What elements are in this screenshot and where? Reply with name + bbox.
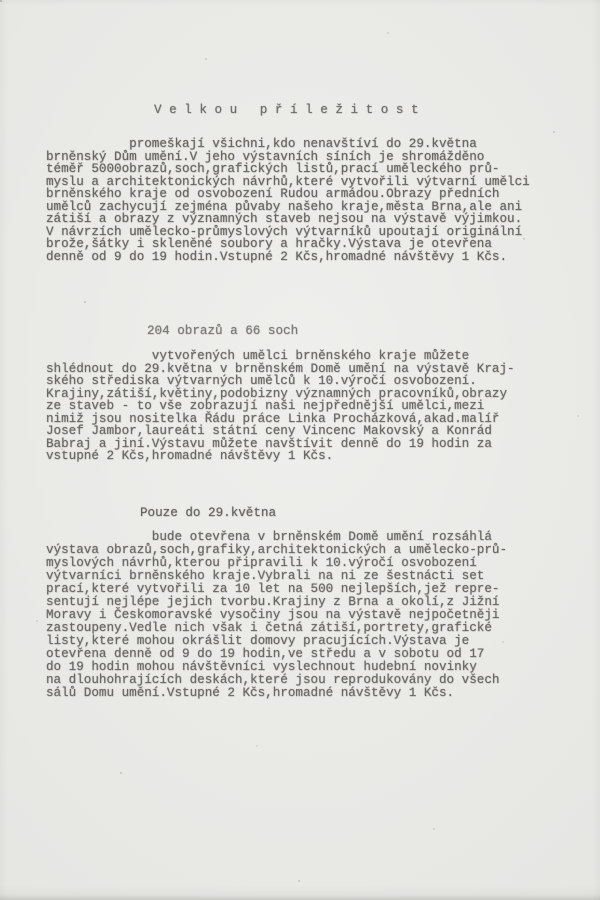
article3-heading: Pouze do 29.května <box>140 506 276 520</box>
article1-body: promeškají všichni,kdo nenavštíví do 29.… <box>46 138 530 263</box>
article2-heading: 204 obrazů a 66 soch <box>147 324 298 338</box>
article1-title: V e l k o u p ř í l e ž i t o s t <box>154 103 419 117</box>
article2-body: vytvořených umělci brněnského kraje může… <box>46 350 515 463</box>
article3-body: bude otevřena v brněnském Domě umění roz… <box>46 531 507 700</box>
scan-specks <box>0 0 2 2</box>
